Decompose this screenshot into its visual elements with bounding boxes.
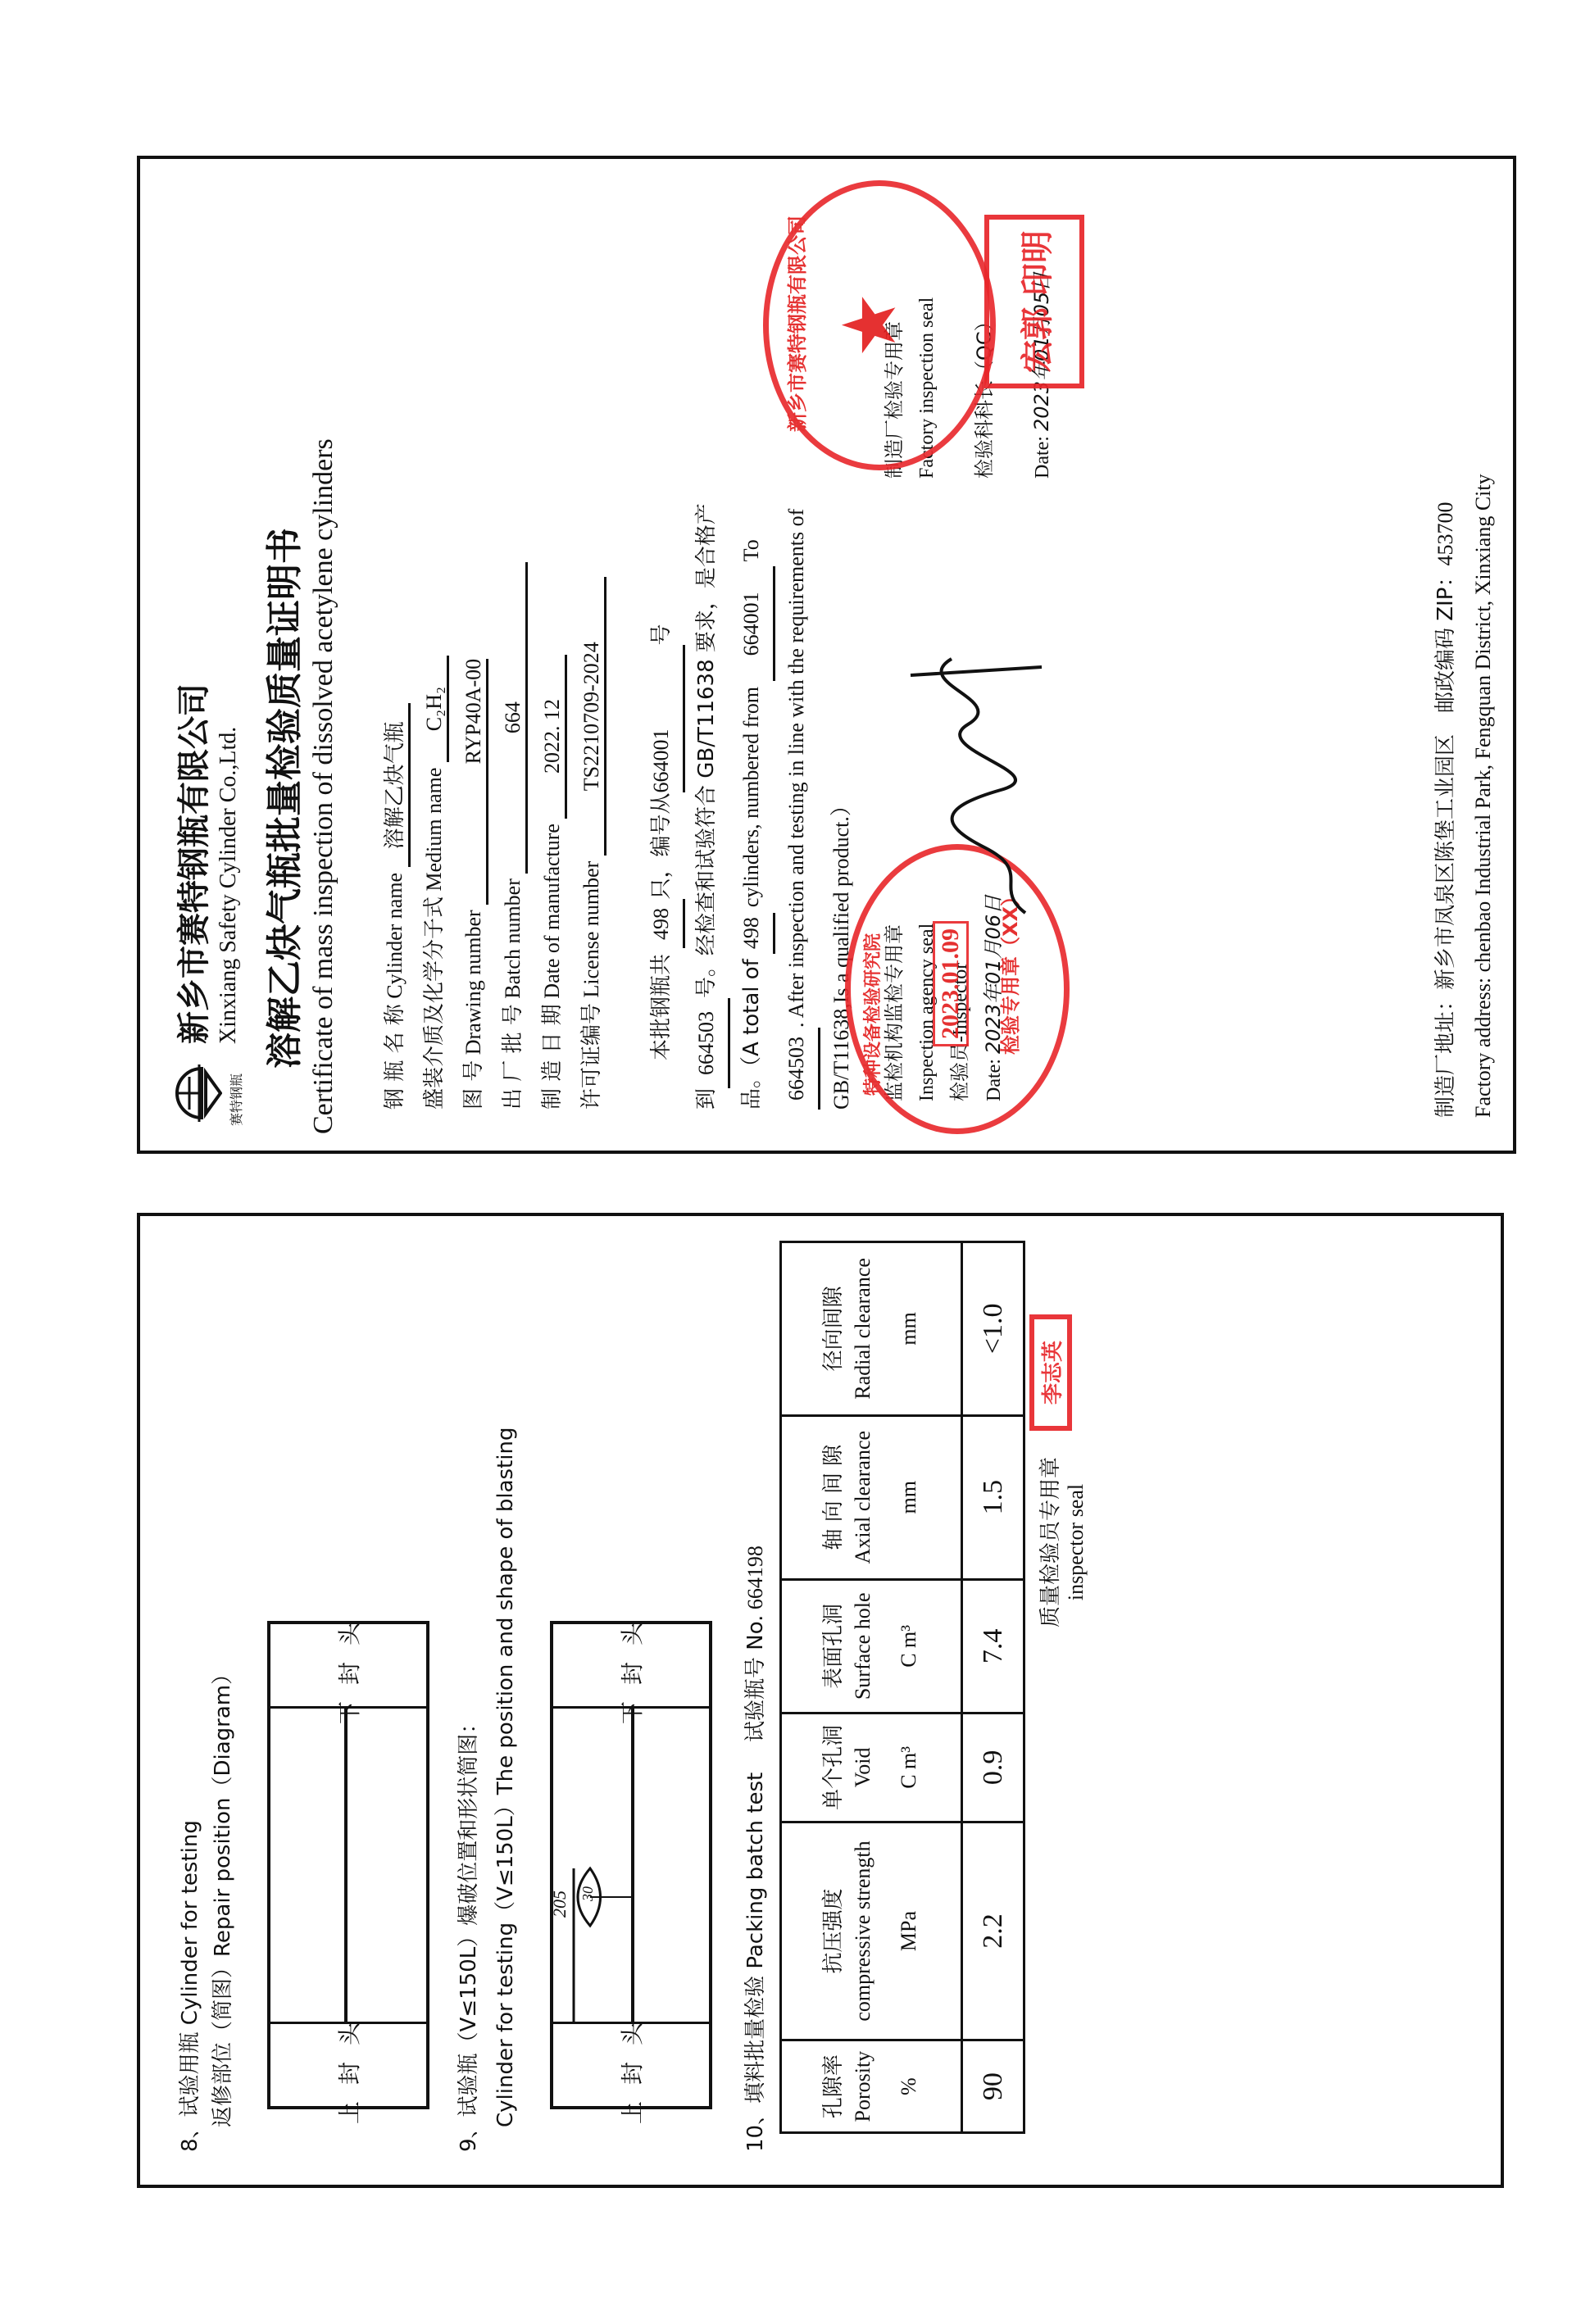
inspector-signature-icon [894,626,1058,921]
upper-cap-label: 上封头 [332,2006,365,2124]
inspector-seal-block: 质量检验员专用章 inspector seal [1033,1457,1088,1627]
table-header-cell: 抗压强度compressive strengthMPa [781,1822,962,2040]
company-logo: 赛特钢瓶 [165,1060,238,1126]
table-header-cell: 轴 向 间 隙Axial clearancemm [781,1415,962,1579]
blast-diagram: 上封头 下封头 205 30 [550,1621,712,2109]
field-cylinder-name: 钢 瓶 名 称 Cylinder name 溶解乙炔气瓶 [378,562,417,1110]
certificate-panel: 赛特钢瓶 新乡市赛特钢瓶有限公司 Xinxiang Safety Cylinde… [137,156,1516,1154]
batch-number-value: 664 [501,562,528,874]
certificate-fields: 钢 瓶 名 称 Cylinder name 溶解乙炔气瓶 盛装介质及化学分子式 … [378,562,614,1110]
table-cell: 0.9 [962,1713,1024,1822]
blast-length-label: 205 [549,1891,570,1918]
factory-address: 制造厂地址：新乡市凤泉区陈堡工业园区 邮政编码 ZIP：453700 Facto… [1427,474,1502,1118]
field-batch-number: 出 厂 批 号 Batch number 664 [496,562,535,1110]
cylinder-name-value: 溶解乙炔气瓶 [378,703,411,867]
field-license-number: 许可证编号 License number TS2210709-2024 [575,562,614,1110]
medium-name-value: C₂H₂ [422,656,449,762]
factory-address-en: Factory address: chenbao Industrial Park… [1465,474,1502,1118]
test-cylinder-number: 试验瓶号 No. 664198 [738,1546,769,1742]
zip-code: 453700 [1433,502,1457,566]
section9-title: 9、试验瓶（V≤150L）爆破位置和形状简图： [452,1713,482,2152]
test-sheet-panel: 8、试验用瓶 Cylinder for testing 返修部位（简图）Repa… [137,1213,1504,2188]
star-icon: ★ [834,292,908,358]
logo-label: 赛特钢瓶 [226,1060,245,1126]
section8-title: 8、试验用瓶 Cylinder for testing [173,1820,203,2152]
certificate-statement: 本批钢瓶共 498只，编号从664001号 到664503号。经检查和试验符合 … [640,503,863,1110]
table-cell: 1.5 [962,1415,1024,1579]
agency-stamp-date: 2023.01.09 [933,921,969,1046]
test-sheet-rotated-content: 8、试验用瓶 Cylinder for testing 返修部位（简图）Repa… [140,1216,1501,2185]
inspector-name-stamp: 李志英 [1029,1314,1072,1431]
certificate-rotated-content: 赛特钢瓶 新乡市赛特钢瓶有限公司 Xinxiang Safety Cylinde… [140,159,1513,1151]
table-row: 902.20.97.41.5<1.0 [962,1242,1024,2133]
field-drawing-number: 图 号 Drawing number RYP40A-00 [457,562,496,1110]
drawing-number-value: RYP40A-00 [461,659,488,905]
blast-rupture-icon [553,1706,631,2024]
lower-cap-label: 下封头 [332,1606,365,1724]
factory-seal-stamp: 新乡市赛特钢瓶有限公司 ★ [763,180,996,470]
section8-subtitle: 返修部位（简图）Repair position（Diagram） [206,1664,236,2127]
repair-diagram: 上封头 下封头 [267,1621,429,2109]
manufacture-date-value: 2022. 12 [540,655,567,819]
field-medium-name: 盛装介质及化学分子式 Medium name C₂H₂ [417,562,457,1110]
license-number-value: TS2210709-2024 [579,577,606,856]
table-header-cell: 表面孔洞Surface holeC m³ [781,1579,962,1713]
table-cell: 90 [962,2040,1024,2133]
table-cell: 2.2 [962,1822,1024,2040]
table-cell: <1.0 [962,1242,1024,1416]
table-header-cell: 径向间隙Radial clearancemm [781,1242,962,1416]
blast-width-label: 30 [579,1886,597,1901]
company-name-cn: 新乡市赛特钢瓶有限公司 [168,683,215,1044]
section10-title: 10、填料批量检验 Packing batch test [738,1773,769,2152]
section9-subtitle: Cylinder for testing（V≤150L）The position… [488,1428,519,2127]
table-header-cell: 单个孔洞VoidC m³ [781,1713,962,1822]
certificate-title-en: Certificate of mass inspection of dissol… [308,438,339,1134]
globe-logo-icon [165,1060,222,1126]
table-header-row: 孔隙率Porosity%抗压强度compressive strengthMPa单… [781,1242,962,2133]
qc-name-stamp: 宏郭 印明 [984,215,1084,388]
table-header-cell: 孔隙率Porosity% [781,2040,962,2133]
company-name-en: Xinxiang Safety Cylinder Co.,Ltd. [216,727,242,1044]
field-date-of-manufacture: 制 造 日 期 Date of manufacture 2022. 12 [535,562,575,1110]
certificate-title-cn: 溶解乙炔气瓶批量检验质量证明书 [255,528,307,1069]
table-cell: 7.4 [962,1579,1024,1713]
weld-line [344,1706,348,2024]
packing-test-table: 孔隙率Porosity%抗压强度compressive strengthMPa单… [779,1241,1025,2134]
